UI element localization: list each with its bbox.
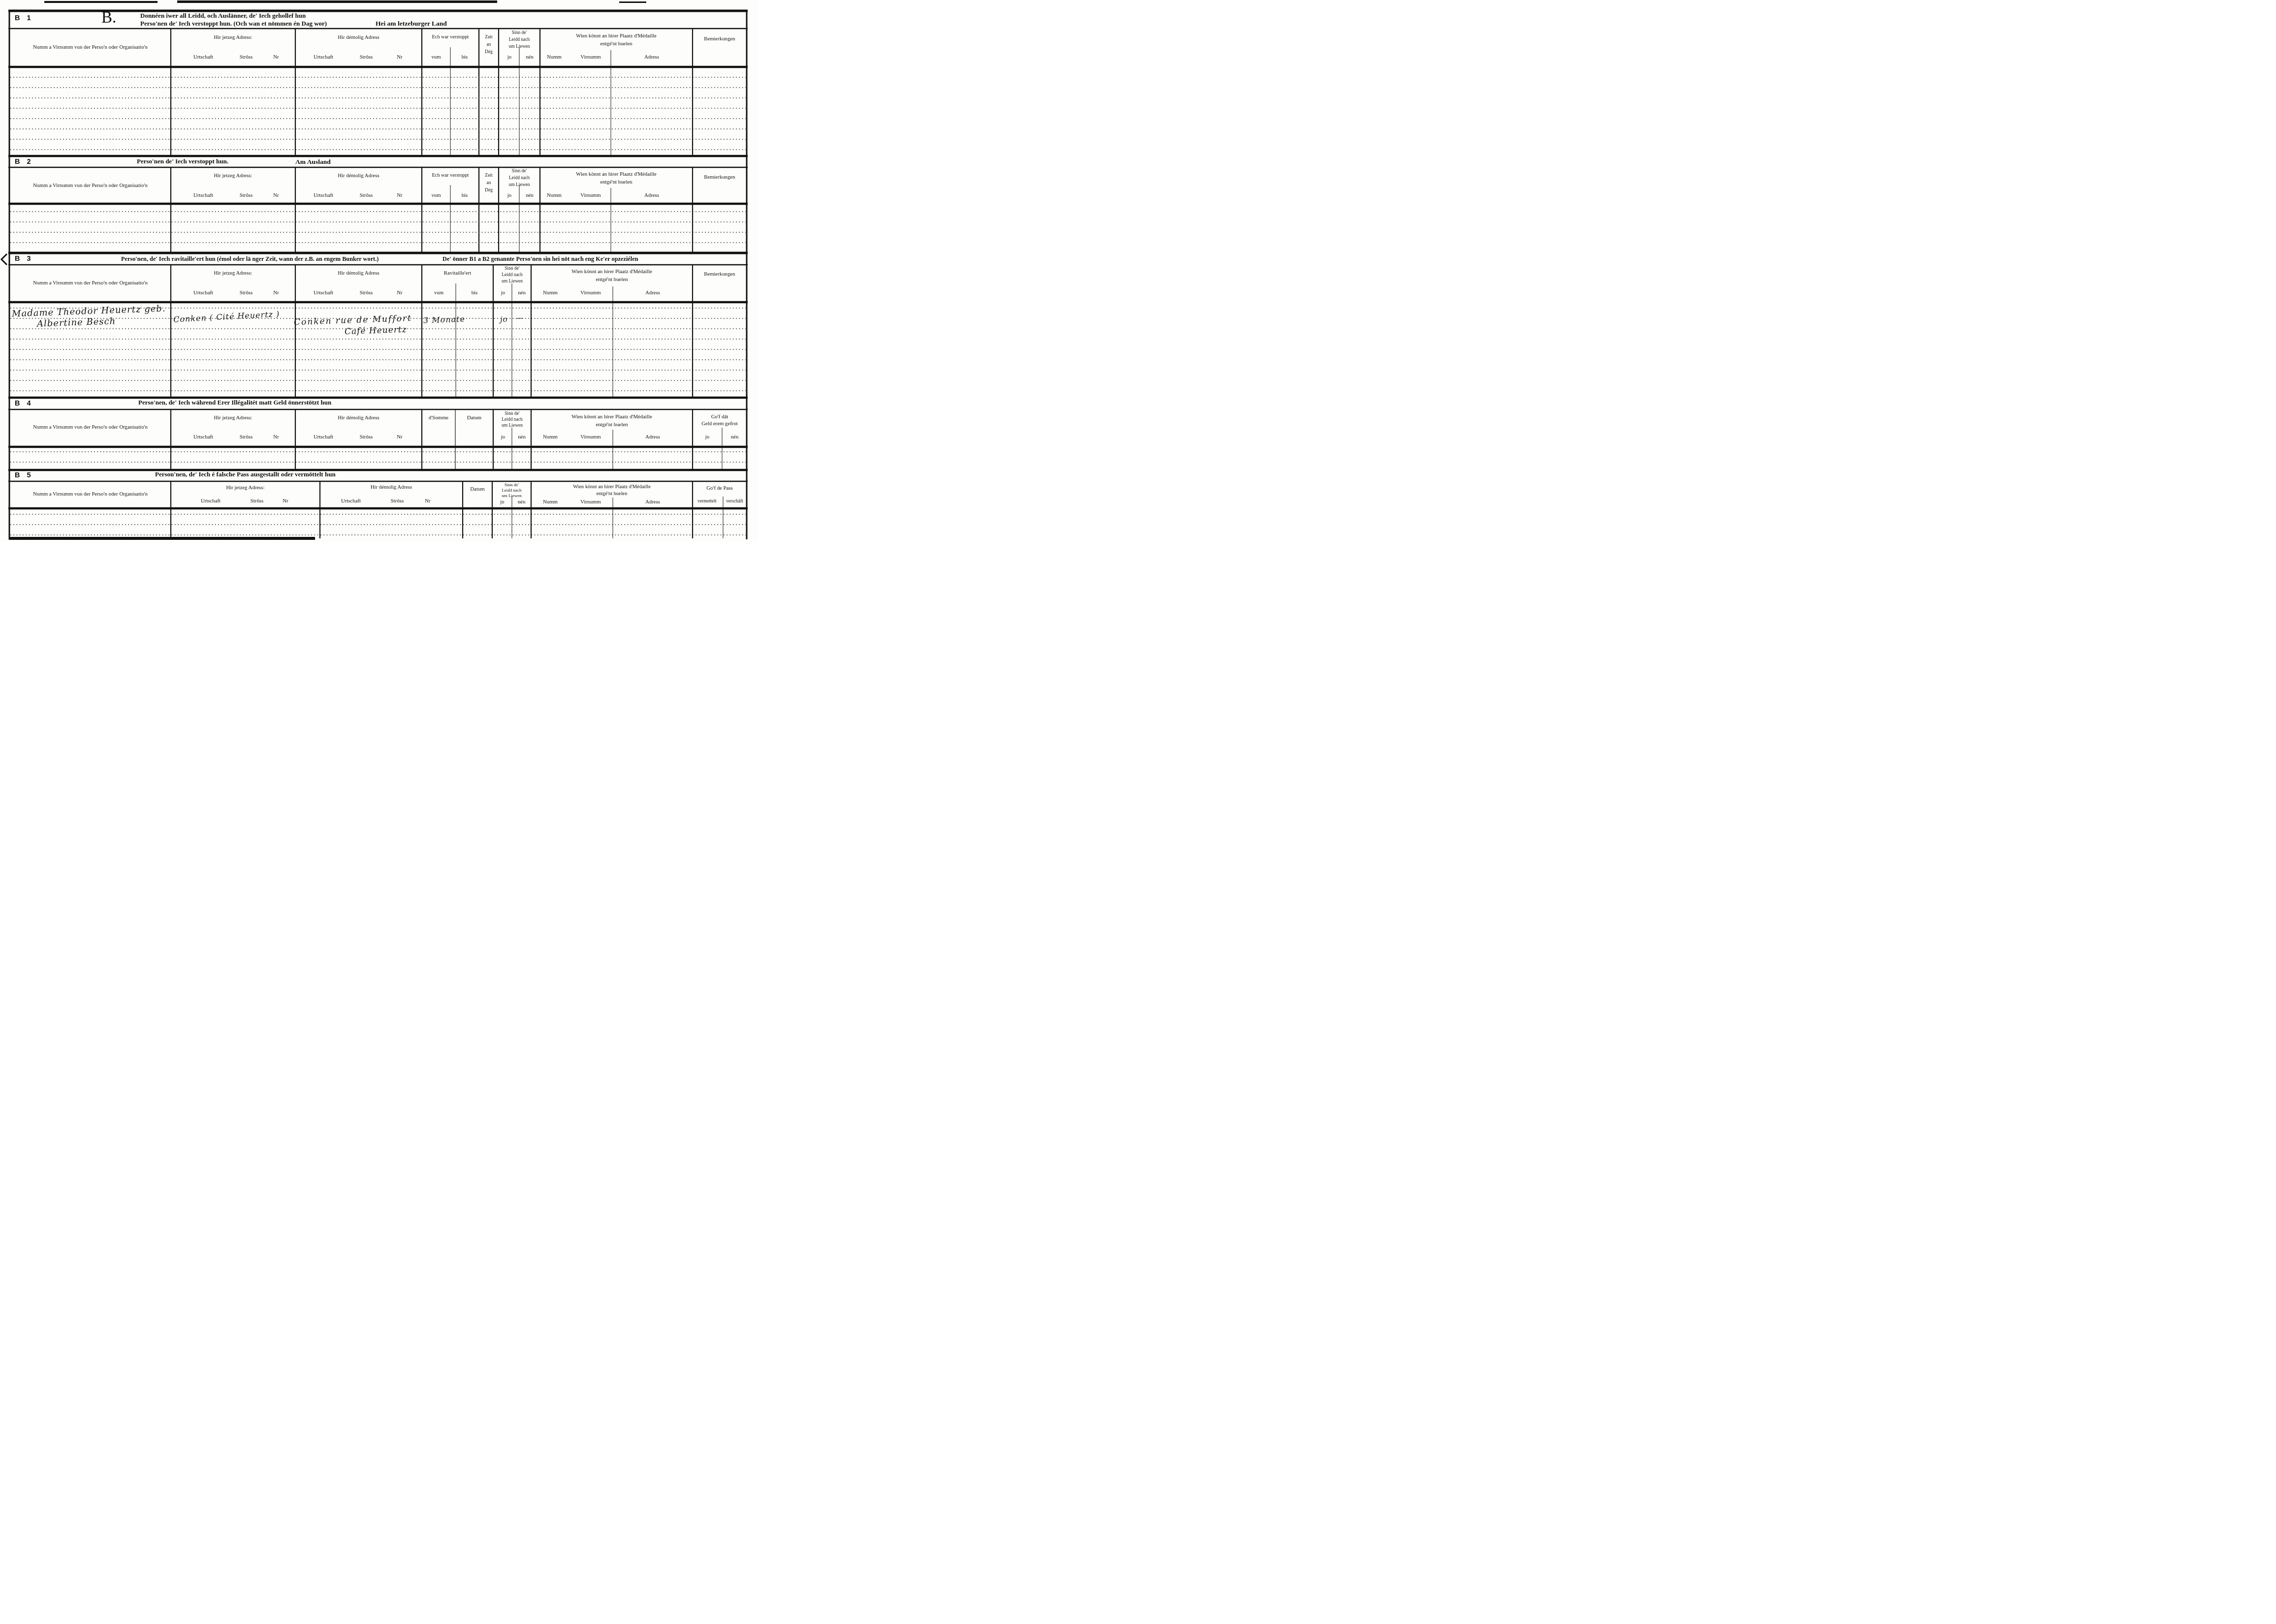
column-header-sinn-3: um Liewen xyxy=(500,183,539,188)
column-header-stross: Strôss xyxy=(241,498,273,504)
column-header-urtschaft: Urtschaft xyxy=(306,192,341,198)
column-header-former-address: Hir démolig Adress xyxy=(296,270,421,276)
column-header-adress: Adress xyxy=(612,192,692,198)
column-header-name: Numm a Virnumm vun der Perso'n oder Orga… xyxy=(10,183,171,188)
column-header-sinn-2: Leidd nach xyxy=(494,417,530,423)
column-header-vum: vum xyxy=(423,54,449,60)
column-header-wien-2: entgé'nt huelen xyxy=(541,179,692,185)
column-header-sinn-1: Sinn de' xyxy=(494,411,530,417)
column-header-nen: nén xyxy=(723,434,746,440)
column-header-stross: Strôss xyxy=(350,290,382,296)
column-header-datum: Datum xyxy=(456,415,492,421)
column-header-wien-2: entgé'nt huelen xyxy=(532,277,692,282)
column-header-sinn-1: Sinn de' xyxy=(493,482,530,487)
column-header-virnumm: Virnumm xyxy=(570,434,611,440)
column-header-somme: d'Somme xyxy=(423,415,454,421)
column-header-name: Numm a Virnumm vun der Perso'n oder Orga… xyxy=(10,280,171,286)
column-header-zeit-2: an xyxy=(479,181,499,186)
column-header-urtschaft: Urtschaft xyxy=(193,498,228,504)
b2-title: Perso'nen de' Iech verstoppt hun. xyxy=(137,158,228,165)
column-header-sinn-2: Leidd nach xyxy=(494,273,530,278)
b3-title-part2: De' önner B1 a B2 genannte Perso'nen sin… xyxy=(443,255,638,262)
column-header-zeit-1: Zeit xyxy=(479,173,499,179)
column-header-wien-1: Wien könnt an hirer Plaatz d'Médaille xyxy=(532,484,692,490)
column-header-jo: jo xyxy=(500,54,519,60)
column-header-nr: Nr xyxy=(389,192,411,198)
column-header-numm: Numm xyxy=(534,290,567,296)
column-header-jo: jo xyxy=(694,434,721,440)
column-header-urtschaft: Urtschaft xyxy=(306,434,341,440)
column-header-zeit-3: Dég xyxy=(479,188,499,193)
column-header-stross: Strôss xyxy=(230,290,262,296)
column-header-numm: Numm xyxy=(534,499,567,505)
column-header-wien-2: entgé'nt huelen xyxy=(532,422,692,428)
b2-subtitle: Am Ausland xyxy=(295,158,331,166)
b1-title-line2: Perso'nen de' Iech verstoppt hun. (Och w… xyxy=(140,20,327,28)
column-header-urtschaft: Urtschaft xyxy=(186,434,221,440)
entry-alive-nen: — xyxy=(516,313,524,323)
entry-ravitailleert-duration: 3 Monate xyxy=(423,314,466,325)
b3-title-part1: Perso'nen, de' Iech ravitaille'ert hun (… xyxy=(121,255,379,262)
column-header-adress: Adress xyxy=(614,290,692,296)
column-header-former-address: Hir démolig Adress xyxy=(296,173,421,179)
column-header-current-address: Hir jetzeg Adress: xyxy=(172,485,319,491)
column-header-current-address: Hir jetzeg Adress: xyxy=(172,270,294,276)
column-header-jo: jo xyxy=(500,192,519,198)
column-header-stross: Strôss xyxy=(230,192,262,198)
column-header-gof-geld-1: Go'f dât xyxy=(694,414,746,420)
column-header-bemierkungen: Bemierkungen xyxy=(694,174,746,180)
column-header-nr: Nr xyxy=(416,498,439,504)
column-header-wien-1: Wien könnt an hirer Plaatz d'Médaille xyxy=(541,33,692,39)
column-header-sinn-1: Sinn de' xyxy=(500,169,539,174)
column-header-adress: Adress xyxy=(614,434,692,440)
column-header-urtschaft: Urtschaft xyxy=(306,54,341,60)
column-header-zeit-1: Zeit xyxy=(479,35,499,40)
column-header-former-address: Hir démolig Adress xyxy=(321,484,462,490)
column-header-ravitailleert: Ravitaille'ert xyxy=(423,270,492,276)
column-header-former-address: Hir démolig Adress xyxy=(296,34,421,40)
column-header-nr: Nr xyxy=(266,54,286,60)
column-header-nen: nén xyxy=(513,434,531,440)
section-b2-id: B 2 xyxy=(15,158,33,166)
column-header-current-address: Hir jetzeg Adress: xyxy=(172,34,294,40)
b1-title-line1: Donnéen iwer all Leidd, och Auslänner, d… xyxy=(140,12,306,20)
b5-title: Person'nen, de' Iech é falsche Pass ausg… xyxy=(155,471,336,478)
column-header-gof-pass: Go'f de Pass xyxy=(694,485,746,491)
column-header-sinn-2: Leidd nach xyxy=(500,176,539,181)
column-header-jo: jo xyxy=(493,499,511,505)
column-header-nr: Nr xyxy=(389,290,411,296)
column-header-vum: vum xyxy=(423,192,449,198)
column-header-sinn-3: um Liewen xyxy=(500,44,539,50)
margin-chevron-icon xyxy=(1,254,7,265)
column-header-zeit-2: an xyxy=(479,42,499,48)
column-header-nen: nén xyxy=(520,54,539,60)
column-header-nr: Nr xyxy=(275,498,296,504)
column-header-virnumm: Virnumm xyxy=(570,290,611,296)
column-header-nr: Nr xyxy=(389,54,411,60)
column-header-numm: Numm xyxy=(540,192,569,198)
column-header-adress: Adress xyxy=(614,499,692,505)
column-header-stross: Strôss xyxy=(230,54,262,60)
column-header-urtschaft: Urtschaft xyxy=(186,290,221,296)
column-header-sinn-2: Leidd nach xyxy=(500,37,539,43)
column-header-sinn-3: um Liewen xyxy=(494,279,530,284)
column-header-stross: Strôss xyxy=(350,54,382,60)
column-header-datum: Datum xyxy=(464,486,491,492)
column-header-urtschaft: Urtschaft xyxy=(186,192,221,198)
column-header-sinn-1: Sinn de' xyxy=(500,31,539,36)
column-header-current-address: Hir jetzeg Adress: xyxy=(172,415,294,421)
column-header-urtschaft: Urtschaft xyxy=(186,54,221,60)
section-b4-id: B 4 xyxy=(15,400,33,407)
column-header-nen: nén xyxy=(512,499,531,505)
column-header-name: Numm a Virnumm vun der Perso'n oder Orga… xyxy=(10,44,171,50)
b1-location-note: Hei am letzeburger Land xyxy=(376,20,447,28)
column-header-verstoppt: Ech war verstoppt xyxy=(423,173,478,179)
column-header-jo: jo xyxy=(494,434,512,440)
column-header-wien-2: entgé'nt huelen xyxy=(541,41,692,47)
column-header-nr: Nr xyxy=(266,434,286,440)
column-header-nr: Nr xyxy=(266,290,286,296)
column-header-bis: bis xyxy=(451,54,478,60)
column-header-nr: Nr xyxy=(389,434,411,440)
column-header-urtschaft: Urtschaft xyxy=(334,498,368,504)
column-header-stross: Strôss xyxy=(381,498,413,504)
column-header-former-address: Hir démolig Adress xyxy=(296,415,421,421)
column-header-wien-1: Wien könnt an hirer Plaatz d'Médaille xyxy=(532,269,692,275)
column-header-nen: nén xyxy=(513,290,531,296)
column-header-name: Numm a Virnumm vun der Perso'n oder Orga… xyxy=(10,424,171,430)
column-header-wien-2: entgé'nt huelen xyxy=(532,491,692,497)
column-header-wien-1: Wien könnt an hirer Plaatz d'Médaille xyxy=(541,171,692,177)
column-header-name: Numm a Virnumm vun der Perso'n oder Orga… xyxy=(10,491,171,497)
column-header-stross: Strôss xyxy=(230,434,262,440)
form-letter: B. xyxy=(101,9,116,27)
column-header-jo: jo xyxy=(494,290,512,296)
column-header-bis: bis xyxy=(451,192,478,198)
column-header-virnumm: Virnumm xyxy=(571,54,610,60)
column-header-virnumm: Virnumm xyxy=(570,499,611,505)
column-header-gof-geld-2: Geld erem gefrot xyxy=(694,421,746,427)
column-header-stross: Strôss xyxy=(350,192,382,198)
column-header-verstoppt: Ech war verstoppt xyxy=(423,34,478,40)
column-header-current-address: Hir jetzeg Adress: xyxy=(172,173,294,179)
column-header-adress: Adress xyxy=(612,54,692,60)
column-header-sinn-1: Sinn de' xyxy=(494,266,530,272)
entry-alive-jo: jo xyxy=(500,315,508,324)
section-b3-id: B 3 xyxy=(15,255,33,263)
column-header-vermettelt: vermettelt xyxy=(692,499,722,504)
section-b5-id: B 5 xyxy=(15,471,33,479)
column-header-bemierkungen: Bemierkungen xyxy=(694,271,746,277)
column-header-sinn-3: um Liewen xyxy=(494,423,530,429)
column-header-urtschaft: Urtschaft xyxy=(306,290,341,296)
column-header-sinn-2: Leidd nach xyxy=(493,488,530,493)
column-header-bemierkungen: Bemierkungen xyxy=(694,36,746,42)
column-header-numm: Numm xyxy=(540,54,569,60)
column-header-sinn-3: um Liewen xyxy=(493,493,530,498)
column-header-bis: bis xyxy=(457,290,492,296)
column-header-wien-1: Wien könnt an hirer Plaatz d'Médaille xyxy=(532,414,692,420)
column-header-verschaft: verschâft xyxy=(723,499,747,504)
column-header-stross: Strôss xyxy=(350,434,382,440)
column-header-zeit-3: Dég xyxy=(479,50,499,55)
column-header-numm: Numm xyxy=(534,434,567,440)
section-b1-id: B 1 xyxy=(15,14,33,22)
column-header-vum: vum xyxy=(423,290,455,296)
column-header-nr: Nr xyxy=(266,192,286,198)
column-header-nen: nén xyxy=(520,192,539,198)
column-header-virnumm: Virnumm xyxy=(571,192,610,198)
scanned-form-page: B 1 B. Donnéen iwer all Leidd, och Auslä… xyxy=(0,0,759,541)
b4-title: Perso'nen, de' Iech während Erer Illégal… xyxy=(138,399,331,406)
